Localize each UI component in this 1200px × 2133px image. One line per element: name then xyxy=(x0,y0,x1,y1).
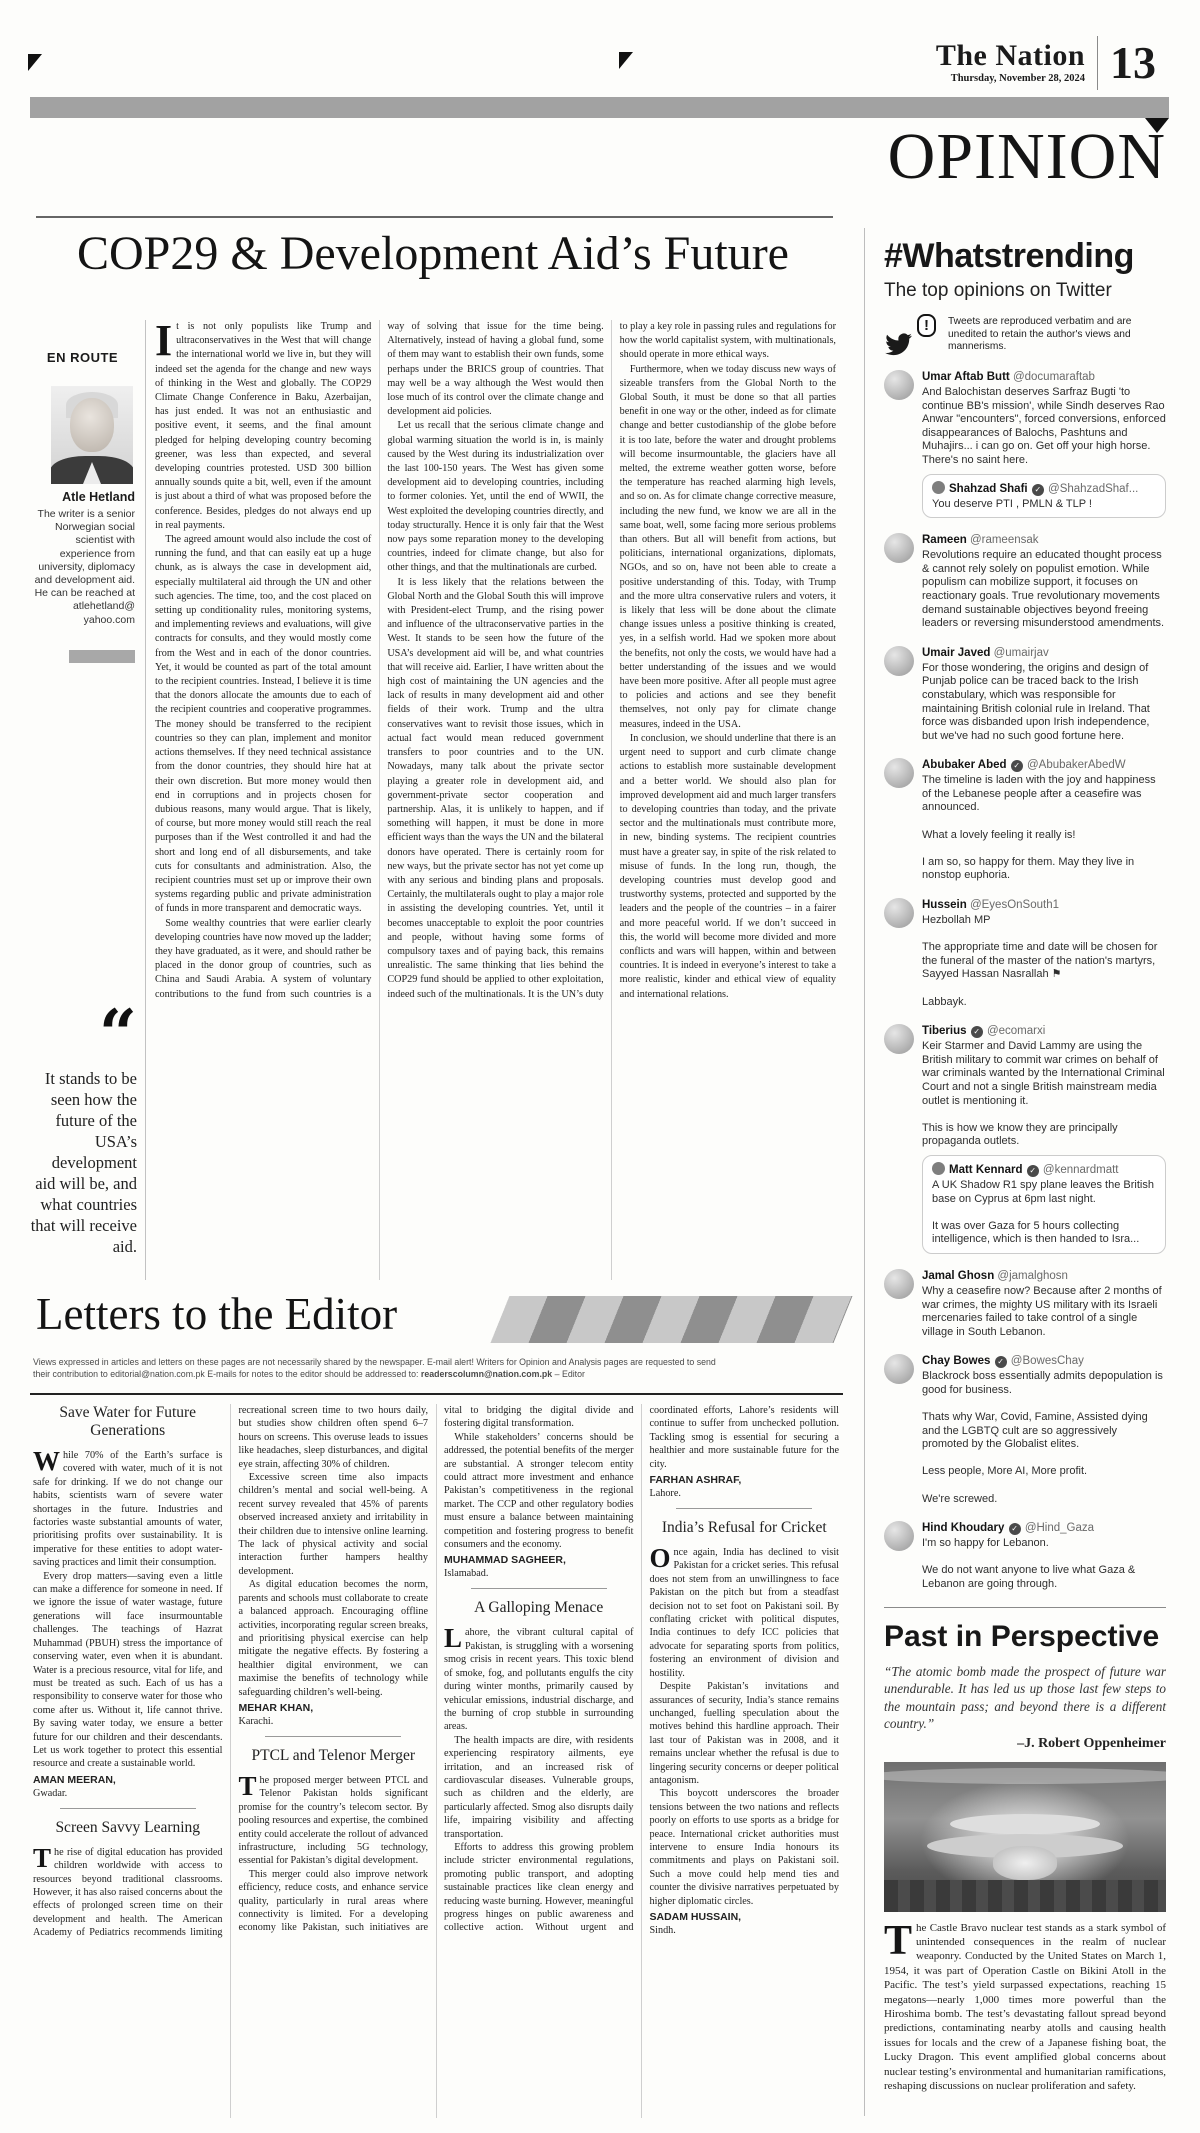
letter-author: AMAN MEERAN, xyxy=(33,1774,223,1787)
letter-signature: FARHAN ASHRAF, Lahore. xyxy=(650,1474,840,1500)
tweet-handle: @umairjav xyxy=(994,647,1049,659)
whatstrending-subtitle: The top opinions on Twitter xyxy=(884,279,1166,302)
verified-icon: ✓ xyxy=(1009,1523,1021,1535)
photo-mushroom-stem xyxy=(993,1846,1057,1880)
avatar xyxy=(884,1354,914,1384)
bird-glyph xyxy=(884,330,914,356)
quoted-tweet: Shahzad Shafi ✓ @ShahzadShaf... You dese… xyxy=(922,474,1166,519)
print-mark-center xyxy=(619,52,633,69)
tweet-text: And Balochistan deserves Sarfraz Bugti '… xyxy=(922,386,1166,468)
letter-dropcap: L xyxy=(444,1626,465,1650)
letter-divider xyxy=(60,1808,196,1809)
avatar xyxy=(884,1269,914,1299)
tweet-author: Rameen xyxy=(922,534,967,546)
section-title: OPINION xyxy=(888,122,1166,192)
letters-heading: Letters to the Editor xyxy=(36,1289,397,1339)
readers-column-email: readerscolumn@nation.com.pk xyxy=(421,1369,552,1379)
tweet: Umair Javed @umairjav For those wonderin… xyxy=(884,646,1166,744)
past-quote: “The atomic bomb made the prospect of fu… xyxy=(884,1663,1166,1733)
tweet-author: Tiberius xyxy=(922,1025,967,1037)
tweet-author: Hind Khoudary xyxy=(922,1522,1004,1534)
tweet-handle: @BowesChay xyxy=(1011,1355,1084,1367)
tweet-author: Umar Aftab Butt xyxy=(922,371,1010,383)
author-photo-shirt xyxy=(83,462,101,484)
tweet: Hussein @EyesOnSouth1 Hezbollah MP The a… xyxy=(884,898,1166,1009)
pull-quote: It stands to be seen how the future of t… xyxy=(30,1068,137,1257)
masthead-text: The Nation Thursday, November 28, 2024 xyxy=(936,41,1085,85)
letter-author: SADAM HUSSAIN, xyxy=(650,1911,840,1924)
tweet-text: You deserve PTI , PMLN & TLP ! xyxy=(932,498,1156,512)
newspaper-name: The Nation xyxy=(936,41,1085,71)
letter-dropcap: O xyxy=(650,1546,674,1570)
past-in-perspective: Past in Perspective “The atomic bomb mad… xyxy=(884,1620,1166,2094)
avatar xyxy=(884,370,914,400)
rail-divider-chip xyxy=(69,650,135,663)
tweet-author: Jamal Ghosn xyxy=(922,1270,994,1282)
tweet-text: Why a ceasefire now? Because after 2 mon… xyxy=(922,1285,1166,1339)
tweet: Umar Aftab Butt @documaraftab And Baloch… xyxy=(884,370,1166,518)
letter-text: nce again, India has declined to visit P… xyxy=(650,1547,840,1907)
avatar xyxy=(884,646,914,676)
quote-icon: “ xyxy=(99,1008,137,1060)
author-photo xyxy=(51,386,133,484)
avatar xyxy=(884,898,914,928)
tweet: Abubaker Abed ✓ @AbubakerAbedW The timel… xyxy=(884,758,1166,883)
letter-signature: SADAM HUSSAIN, Sindh. xyxy=(650,1911,840,1937)
past-attribution: –J. Robert Oppenheimer xyxy=(884,1735,1166,1753)
article-body: It is not only populists like Trump and … xyxy=(155,320,836,1280)
nuclear-test-photo xyxy=(884,1762,1166,1912)
section-band xyxy=(30,97,1169,118)
tweet-author: Abubaker Abed xyxy=(922,759,1007,771)
tweet-author: Umair Javed xyxy=(922,647,990,659)
letters-columns: Save Water for Future Generations While … xyxy=(33,1404,839,2118)
letter-text: hile 70% of the Earth’s surface is cover… xyxy=(33,1450,223,1769)
masthead: The Nation Thursday, November 28, 2024 1… xyxy=(936,36,1156,90)
masthead-divider xyxy=(1097,36,1098,90)
article-dropcap: I xyxy=(155,320,176,359)
letter-city: Islamabad. xyxy=(444,1567,634,1580)
tweet-handle: @kennardmatt xyxy=(1043,1164,1119,1176)
verified-icon: ✓ xyxy=(1027,1165,1039,1177)
past-dropcap: T xyxy=(884,1921,916,1959)
slashes-decoration xyxy=(491,1296,853,1343)
photo-sea xyxy=(884,1880,1166,1912)
sidebar-rule xyxy=(884,1607,1166,1608)
tweet: Jamal Ghosn @jamalghosn Why a ceasefire … xyxy=(884,1269,1166,1339)
whatstrending-title: #Whatstrending xyxy=(884,238,1166,275)
tweet-text: Blackrock boss essentially admits depopu… xyxy=(922,1370,1166,1506)
letter-body: While 70% of the Earth’s surface is cove… xyxy=(33,1449,223,1771)
letter-city: Sindh. xyxy=(650,1924,840,1937)
disclaimer-editor: – Editor xyxy=(552,1369,585,1379)
tweet-handle: @documaraftab xyxy=(1013,371,1095,383)
tweet-text: The timeline is laden with the joy and h… xyxy=(922,774,1166,883)
tweet-text: Revolutions require an educated thought … xyxy=(922,549,1166,631)
verified-icon: ✓ xyxy=(971,1026,983,1038)
avatar xyxy=(884,1024,914,1054)
author-name: Atle Hetland xyxy=(30,490,135,505)
letter-body: Once again, India has declined to visit … xyxy=(650,1546,840,1908)
letter-dropcap: T xyxy=(239,1774,260,1798)
page-number: 13 xyxy=(1110,40,1156,86)
tweets-note-row: ! Tweets are reproduced verbatim and are… xyxy=(884,314,1166,356)
tweet-handle: @jamalghosn xyxy=(997,1270,1068,1282)
whatstrending-sidebar: #Whatstrending The top opinions on Twitt… xyxy=(884,238,1166,2093)
avatar xyxy=(884,758,914,788)
tweet: Hind Khoudary ✓ @Hind_Gaza I'm so happy … xyxy=(884,1521,1166,1591)
column-label: EN ROUTE xyxy=(30,350,135,365)
article-title: COP29 & Development Aid’s Future xyxy=(32,228,834,280)
letter-city: Gwadar. xyxy=(33,1787,223,1800)
letter-author: MUHAMMAD SAGHEER, xyxy=(444,1554,634,1567)
tweet-handle: @ecomarxi xyxy=(987,1025,1045,1037)
letter-signature: MEHAR KHAN, Karachi. xyxy=(239,1702,429,1728)
past-title: Past in Perspective xyxy=(884,1620,1166,1654)
tweet: Chay Bowes ✓ @BowesChay Blackrock boss e… xyxy=(884,1354,1166,1506)
disclaimer-line-2: their contribution to editorial@nation.c… xyxy=(33,1368,845,1380)
letter-divider xyxy=(676,1508,812,1509)
issue-date: Thursday, November 28, 2024 xyxy=(936,72,1085,85)
alert-bubble-icon: ! xyxy=(917,314,936,337)
tweets-note: Tweets are reproduced verbatim and are u… xyxy=(948,316,1166,354)
past-body: The Castle Bravo nuclear test stands as … xyxy=(884,1921,1166,2094)
tweet-text: Hezbollah MP The appropriate time and da… xyxy=(922,914,1166,1009)
tweet: Tiberius ✓ @ecomarxi Keir Starmer and Da… xyxy=(884,1024,1166,1254)
letters-rule xyxy=(30,1393,843,1395)
twitter-bird-icon: ! xyxy=(884,314,938,356)
tweet-author: Shahzad Shafi xyxy=(949,483,1028,495)
headline-rule xyxy=(36,216,833,218)
avatar xyxy=(884,533,914,563)
sidebar-divider xyxy=(864,228,865,2116)
verified-icon: ✓ xyxy=(1011,760,1023,772)
disclaimer-line-1: Views expressed in articles and letters … xyxy=(33,1356,845,1368)
letter-signature: MUHAMMAD SAGHEER, Islamabad. xyxy=(444,1554,634,1580)
letter-title: Screen Savvy Learning xyxy=(37,1819,219,1837)
letter-title: A Galloping Menace xyxy=(448,1599,630,1617)
photo-mushroom-cap xyxy=(950,1814,1100,1834)
past-text: he Castle Bravo nuclear test stands as a… xyxy=(884,1922,1166,2092)
letter-title: Save Water for Future Generations xyxy=(37,1404,219,1440)
tweet-handle: @rameensak xyxy=(970,534,1039,546)
letters-disclaimer: Views expressed in articles and letters … xyxy=(33,1356,845,1380)
tweet-handle: @ShahzadShaf... xyxy=(1048,483,1138,495)
avatar xyxy=(884,1521,914,1551)
tweet-text: A UK Shadow R1 spy plane leaves the Brit… xyxy=(932,1179,1156,1247)
letter-city: Lahore. xyxy=(650,1487,840,1500)
verified-icon: ✓ xyxy=(1032,484,1044,496)
verified-icon: ✓ xyxy=(995,1356,1007,1368)
tweet-text: Keir Starmer and David Lammy are using t… xyxy=(922,1040,1166,1149)
letter-title: PTCL and Telenor Merger xyxy=(243,1747,425,1765)
letter-title: India’s Refusal for Cricket xyxy=(654,1519,836,1537)
author-rail: EN ROUTE Atle Hetland The writer is a se… xyxy=(30,320,146,1280)
newspaper-page: The Nation Thursday, November 28, 2024 1… xyxy=(0,0,1200,2133)
author-photo-face xyxy=(70,398,114,452)
letter-dropcap: T xyxy=(33,1846,54,1870)
tweet-author: Hussein xyxy=(922,899,967,911)
letter-author: MEHAR KHAN, xyxy=(239,1702,429,1715)
main-article: EN ROUTE Atle Hetland The writer is a se… xyxy=(30,320,836,1280)
author-bio: The writer is a senior Norwegian social … xyxy=(30,508,135,627)
tweet-text: For those wondering, the origins and des… xyxy=(922,662,1166,744)
disclaimer-line-2-text: their contribution to editorial@nation.c… xyxy=(33,1369,421,1379)
letter-author: FARHAN ASHRAF, xyxy=(650,1474,840,1487)
avatar xyxy=(932,481,945,494)
quoted-tweet: Matt Kennard ✓ @kennardmatt A UK Shadow … xyxy=(922,1155,1166,1254)
tweet-author: Chay Bowes xyxy=(922,1355,990,1367)
tweet-handle: @EyesOnSouth1 xyxy=(970,899,1059,911)
tweet-author: Matt Kennard xyxy=(949,1164,1022,1176)
tweet: Rameen @rameensak Revolutions require an… xyxy=(884,533,1166,631)
tweet-handle: @Hind_Gaza xyxy=(1025,1522,1094,1534)
avatar xyxy=(932,1162,945,1175)
letter-dropcap: W xyxy=(33,1449,63,1473)
article-text: t is not only populists like Trump and u… xyxy=(155,321,836,1000)
letter-signature: AMAN MEERAN, Gwadar. xyxy=(33,1774,223,1800)
tweets-list: Umar Aftab Butt @documaraftab And Baloch… xyxy=(884,370,1166,1592)
tweet-handle: @AbubakerAbedW xyxy=(1027,759,1126,771)
tweet-text: I'm so happy for Lebanon. We do not want… xyxy=(922,1537,1166,1591)
letter-city: Karachi. xyxy=(239,1715,429,1728)
print-mark-left xyxy=(28,54,42,71)
letter-divider xyxy=(265,1736,401,1737)
letter-divider xyxy=(471,1588,607,1589)
